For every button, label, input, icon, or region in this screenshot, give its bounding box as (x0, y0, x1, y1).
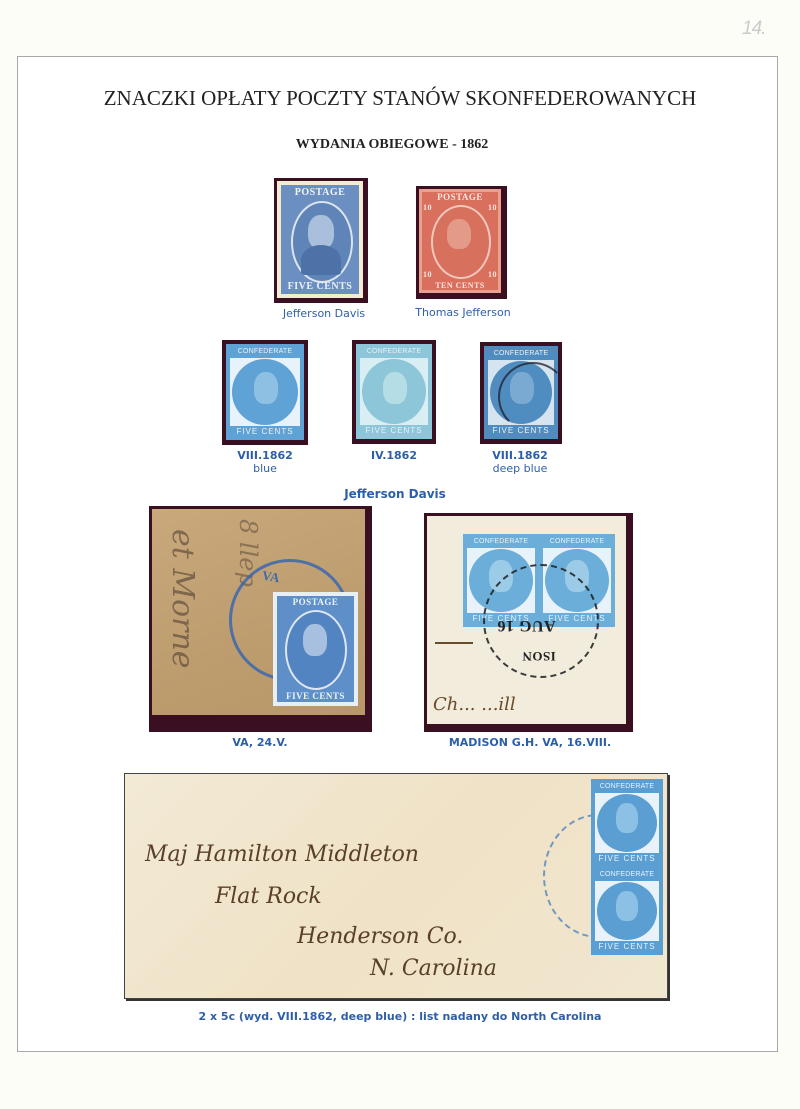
stamp-bottom-text: FIVE CENTS (594, 854, 660, 864)
corner-value-bl: 10 (423, 270, 432, 279)
caption-shade: blue (215, 462, 315, 475)
caption-iv-1862: IV.1862 (344, 449, 444, 462)
stamp-bottom-text: FIVE CENTS (281, 281, 359, 292)
stamp-mount-iv-1862: CONFEDERATE STATES FIVE CENTS (352, 340, 436, 444)
jefferson-portrait (447, 219, 471, 249)
davis-shoulders (301, 245, 341, 275)
stamp-davis-5c[interactable]: POSTAGE FIVE CENTS (277, 181, 363, 298)
stamp-top-text: CONFEDERATE STATES (542, 537, 612, 547)
davis-portrait (616, 891, 638, 921)
corner-value-br: 10 (488, 270, 497, 279)
page-title: ZNACZKI OPŁATY POCZTY STANÓW SKONFEDEROW… (0, 86, 800, 111)
stamp-davis-5c-on-fragment[interactable]: POSTAGE FIVE CENTS (273, 592, 358, 706)
postmark-date: AUG 16 (497, 616, 556, 634)
davis-portrait (254, 372, 278, 404)
stamp-mount-viii-1862-blue: CONFEDERATE STATES FIVE CENTS (222, 340, 308, 445)
fragment-mount-madison: CONFEDERATE STATES FIVE CENTS CONFEDERAT… (424, 513, 633, 732)
stamp-bottom-text: FIVE CENTS (594, 942, 660, 952)
stamp-davis-cover-top[interactable]: CONFEDERATE STATES FIVE CENTS (591, 779, 663, 867)
postmark-text: VA (261, 568, 282, 587)
fragment-va-24v[interactable]: et Morne 8 llep VA POSTAGE FIVE CENTS (152, 509, 365, 715)
stamp-top-text: CONFEDERATE STATES (359, 347, 429, 357)
davis-portrait (383, 372, 407, 404)
stamp-davis-iv-1862[interactable]: CONFEDERATE STATES FIVE CENTS (356, 344, 432, 439)
address-line-1: Maj Hamilton Middleton (145, 842, 419, 867)
corner-value-tr: 10 (488, 203, 497, 212)
davis-portrait (308, 215, 334, 249)
caption-date: VIII.1862 (237, 449, 293, 462)
corner-value-tl: 10 (423, 203, 432, 212)
address-line-4: N. Carolina (370, 956, 497, 981)
caption-thomas-jefferson: Thomas Jefferson (398, 306, 528, 319)
stamp-davis-viii-1862-blue[interactable]: CONFEDERATE STATES FIVE CENTS (226, 344, 304, 440)
stamp-bottom-text: FIVE CENTS (229, 427, 301, 437)
davis-portrait (616, 803, 638, 833)
caption-va-24v: VA, 24.V. (200, 736, 320, 749)
caption-madison: MADISON G.H. VA, 16.VIII. (440, 736, 620, 749)
stamp-top-text: POSTAGE (281, 187, 359, 198)
caption-viii-1862-deep-blue: VIII.1862 deep blue (470, 449, 570, 475)
address-line-3: Henderson Co. (297, 924, 463, 949)
handwriting: et Morne (165, 529, 200, 669)
postmark-lower-text: ISON (522, 648, 556, 664)
fragment-madison[interactable]: CONFEDERATE STATES FIVE CENTS CONFEDERAT… (427, 516, 626, 724)
stamp-top-text: POSTAGE (419, 192, 501, 202)
stamp-bottom-text: FIVE CENTS (487, 426, 555, 436)
stamp-top-text: CONFEDERATE STATES (594, 782, 660, 792)
caption-date: VIII.1862 (492, 449, 548, 462)
stamp-mount-jefferson-10c: POSTAGE 10 10 10 10 TEN CENTS (416, 186, 507, 299)
davis-portrait (303, 624, 327, 656)
stamp-mount-viii-1862-deep-blue: CONFEDERATE STATES FIVE CENTS (480, 342, 562, 444)
caption-viii-1862-blue: VIII.1862 blue (215, 449, 315, 475)
stamp-top-text: CONFEDERATE STATES (229, 347, 301, 357)
stamp-jefferson-10c[interactable]: POSTAGE 10 10 10 10 TEN CENTS (419, 189, 501, 293)
pen-stroke (435, 642, 473, 644)
page-subtitle: WYDANIA OBIEGOWE - 1862 (0, 137, 784, 153)
caption-jefferson-davis: Jefferson Davis (261, 307, 387, 320)
address-line-2: Flat Rock (215, 884, 322, 909)
stamp-davis-cover-bottom[interactable]: CONFEDERATE STATES FIVE CENTS (591, 867, 663, 955)
stamp-top-text: CONFEDERATE STATES (594, 870, 660, 880)
stamp-mount-davis-5c: POSTAGE FIVE CENTS (274, 178, 368, 303)
page-number: 14. (742, 18, 765, 40)
caption-date: IV.1862 (371, 449, 417, 462)
stamp-bottom-text: TEN CENTS (419, 281, 501, 290)
stamp-bottom-text: FIVE CENTS (273, 691, 358, 701)
stamp-top-text: POSTAGE (273, 597, 358, 607)
stamp-top-text: CONFEDERATE STATES (466, 537, 536, 547)
caption-cover: 2 x 5c (wyd. VIII.1862, deep blue) : lis… (140, 1010, 660, 1023)
handwriting: Ch... ...ill (433, 694, 516, 715)
caption-shade: deep blue (470, 462, 570, 475)
stamp-top-text: CONFEDERATE STATES (487, 349, 555, 359)
group-caption-jefferson-davis: Jefferson Davis (320, 487, 470, 501)
envelope-cover[interactable]: Maj Hamilton Middleton Flat Rock Henders… (124, 773, 668, 999)
stamp-bottom-text: FIVE CENTS (359, 426, 429, 436)
stamp-davis-viii-1862-deep-blue[interactable]: CONFEDERATE STATES FIVE CENTS (484, 346, 558, 439)
fragment-mount-va-24v: et Morne 8 llep VA POSTAGE FIVE CENTS (149, 506, 372, 732)
